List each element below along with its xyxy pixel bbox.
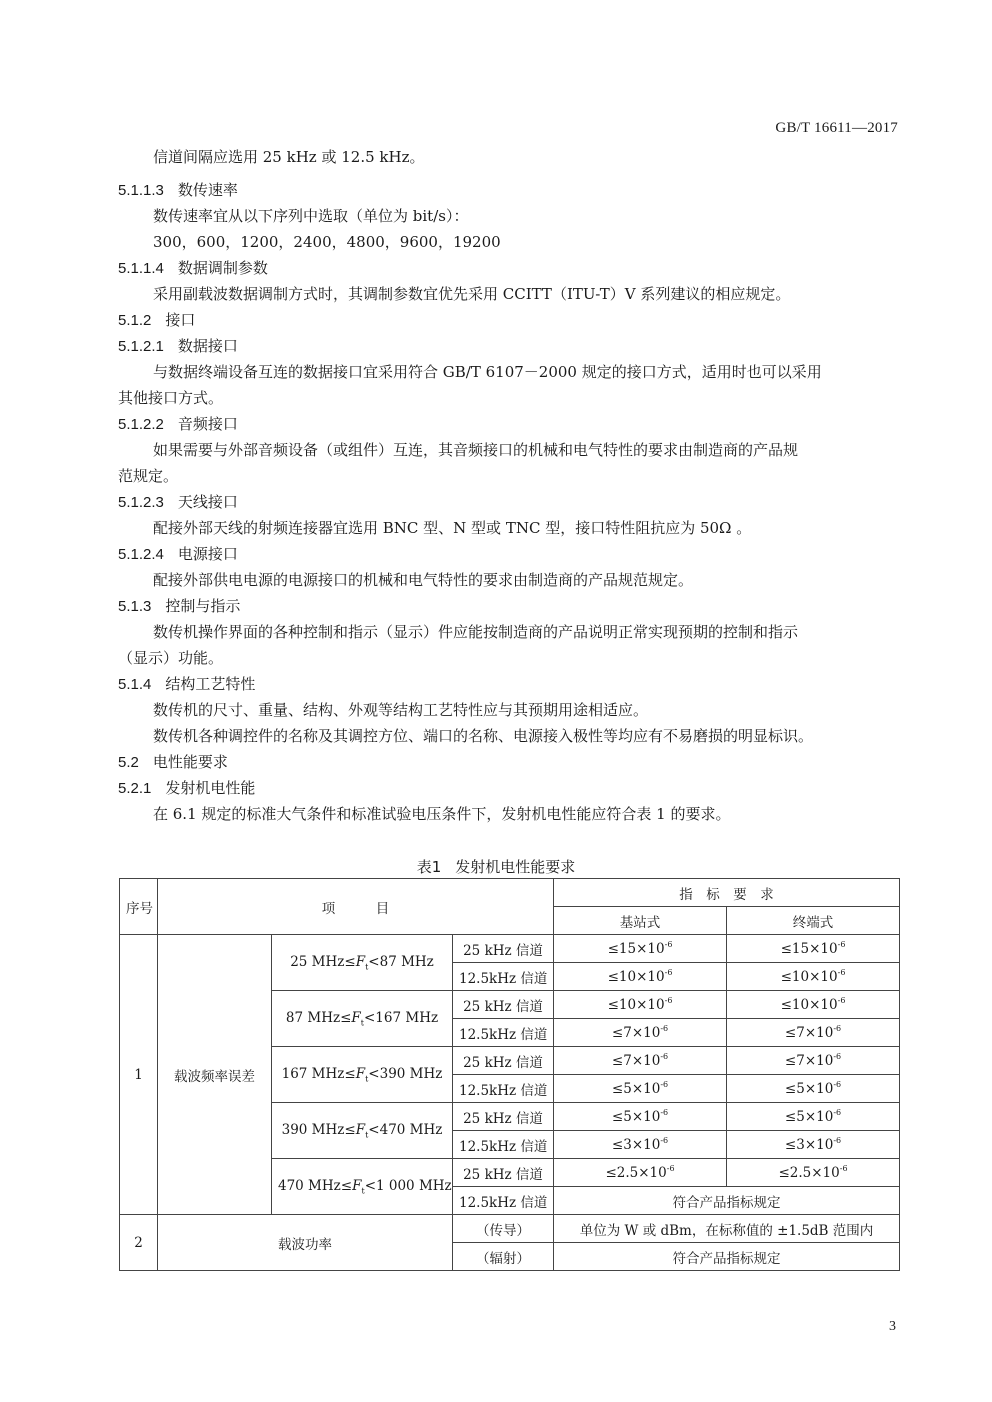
section-heading: 5.1.4结构工艺特性 xyxy=(118,671,255,698)
channel-spacing: 25 kHz 信道 xyxy=(453,1047,554,1075)
measurement-mode: （传导） xyxy=(453,1215,554,1243)
section-number: 5.2 xyxy=(118,750,139,776)
terminal-value: ≤10×10-6 xyxy=(727,991,900,1019)
exponent: -6 xyxy=(665,940,673,949)
paragraph-line: （显示）功能。 xyxy=(118,645,223,671)
requirement-value: ≤7×10 xyxy=(612,1053,660,1069)
section-title: 控制与指示 xyxy=(165,597,240,615)
requirement-merged: 符合产品指标规定 xyxy=(554,1243,900,1271)
paragraph-line: 在 6.1 规定的标准大气条件和标准试验电压条件下，发射机电性能应符合表 1 的… xyxy=(153,801,730,827)
base-station-value: ≤5×10-6 xyxy=(554,1075,727,1103)
exponent: -6 xyxy=(660,1052,668,1061)
header-seq: 序号 xyxy=(120,879,158,935)
channel-spacing: 12.5kHz 信道 xyxy=(453,1131,554,1159)
terminal-value: ≤7×10-6 xyxy=(727,1019,900,1047)
exponent: -6 xyxy=(838,996,846,1005)
channel-spacing: 25 kHz 信道 xyxy=(453,1159,554,1187)
exponent: -6 xyxy=(833,1052,841,1061)
transmitter-performance-table: 序号项 目指 标 要 求基站式终端式1载波频率误差25 MHz≤Ft<87 MH… xyxy=(119,878,900,1271)
exponent: -6 xyxy=(660,1108,668,1117)
section-heading: 5.2电性能要求 xyxy=(118,749,228,776)
section-title: 音频接口 xyxy=(178,415,238,433)
channel-spacing: 25 kHz 信道 xyxy=(453,991,554,1019)
section-number: 5.1.2.2 xyxy=(118,412,164,438)
terminal-value: ≤7×10-6 xyxy=(727,1047,900,1075)
frequency-range: 470 MHz≤Ft<1 000 MHz xyxy=(272,1159,453,1215)
page-number: 3 xyxy=(889,1319,896,1335)
exponent: -6 xyxy=(840,1164,848,1173)
row-item: 载波频率误差 xyxy=(158,935,272,1215)
section-number: 5.1.1.3 xyxy=(118,178,164,204)
requirement-value: ≤7×10 xyxy=(612,1025,660,1041)
terminal-value: ≤3×10-6 xyxy=(727,1131,900,1159)
requirement-value: ≤10×10 xyxy=(608,969,665,985)
exponent: -6 xyxy=(660,1080,668,1089)
requirement-value: ≤10×10 xyxy=(608,997,665,1013)
requirement-value: ≤3×10 xyxy=(785,1137,833,1153)
base-station-value: ≤2.5×10-6 xyxy=(554,1159,727,1187)
channel-spacing: 25 kHz 信道 xyxy=(453,1103,554,1131)
section-heading: 5.1.2.1数据接口 xyxy=(118,333,238,360)
section-heading: 5.1.1.4数据调制参数 xyxy=(118,255,268,282)
section-heading: 5.1.2接口 xyxy=(118,307,195,334)
paragraph-line: 信道间隔应选用 25 kHz 或 12.5 kHz。 xyxy=(153,144,424,170)
channel-spacing: 12.5kHz 信道 xyxy=(453,963,554,991)
frequency-range: 167 MHz≤Ft<390 MHz xyxy=(272,1047,453,1103)
terminal-value: ≤2.5×10-6 xyxy=(727,1159,900,1187)
base-station-value: ≤10×10-6 xyxy=(554,991,727,1019)
base-station-value: ≤7×10-6 xyxy=(554,1047,727,1075)
exponent: -6 xyxy=(660,1136,668,1145)
table-row: 2载波功率（传导）单位为 W 或 dBm，在标称值的 ±1.5dB 范围内 xyxy=(120,1215,900,1243)
frequency-range: 390 MHz≤Ft<470 MHz xyxy=(272,1103,453,1159)
table-caption: 表1发射机电性能要求 xyxy=(0,856,992,877)
channel-spacing: 25 kHz 信道 xyxy=(453,935,554,963)
section-title: 发射机电性能 xyxy=(165,779,255,797)
requirement-value: ≤10×10 xyxy=(781,997,838,1013)
paragraph-line: 数传速率宜从以下序列中选取（单位为 bit/s）： xyxy=(153,203,468,229)
frequency-range: 87 MHz≤Ft<167 MHz xyxy=(272,991,453,1047)
exponent: -6 xyxy=(667,1164,675,1173)
row-item: 载波功率 xyxy=(158,1215,453,1271)
section-title: 天线接口 xyxy=(178,493,238,511)
section-heading: 5.1.2.3天线接口 xyxy=(118,489,238,516)
requirement-value: ≤2.5×10 xyxy=(778,1165,839,1181)
requirement-value: ≤10×10 xyxy=(781,969,838,985)
section-number: 5.1.1.4 xyxy=(118,256,164,282)
standard-id-header: GB/T 16611—2017 xyxy=(775,120,898,137)
exponent: -6 xyxy=(665,968,673,977)
table-row: 1载波频率误差25 MHz≤Ft<87 MHz25 kHz 信道≤15×10-6… xyxy=(120,935,900,963)
frequency-range: 25 MHz≤Ft<87 MHz xyxy=(272,935,453,991)
channel-spacing: 12.5kHz 信道 xyxy=(453,1019,554,1047)
section-number: 5.2.1 xyxy=(118,776,151,802)
section-heading: 5.2.1发射机电性能 xyxy=(118,775,255,802)
exponent: -6 xyxy=(660,1024,668,1033)
requirement-merged: 单位为 W 或 dBm，在标称值的 ±1.5dB 范围内 xyxy=(554,1215,900,1243)
requirement-value: ≤7×10 xyxy=(785,1053,833,1069)
section-number: 5.1.4 xyxy=(118,672,151,698)
paragraph-line: 数传机各种调控件的名称及其调控方位、端口的名称、电源接入极性等均应有不易磨损的明… xyxy=(153,723,813,749)
requirement-value: ≤5×10 xyxy=(612,1081,660,1097)
terminal-value: ≤15×10-6 xyxy=(727,935,900,963)
channel-spacing: 12.5kHz 信道 xyxy=(453,1187,554,1215)
paragraph-line: 数传机操作界面的各种控制和指示（显示）件应能按制造商的产品说明正常实现预期的控制… xyxy=(153,619,798,645)
requirement-value: ≤5×10 xyxy=(612,1109,660,1125)
section-heading: 5.1.3控制与指示 xyxy=(118,593,240,620)
section-title: 数据调制参数 xyxy=(178,259,268,277)
header-terminal: 终端式 xyxy=(727,907,900,935)
terminal-value: ≤10×10-6 xyxy=(727,963,900,991)
row-seq: 1 xyxy=(120,935,158,1215)
section-number: 5.1.2.3 xyxy=(118,490,164,516)
section-heading: 5.1.2.2音频接口 xyxy=(118,411,238,438)
section-title: 数传速率 xyxy=(178,181,238,199)
base-station-value: ≤7×10-6 xyxy=(554,1019,727,1047)
exponent: -6 xyxy=(838,940,846,949)
header-base-station: 基站式 xyxy=(554,907,727,935)
requirement-merged: 符合产品指标规定 xyxy=(554,1187,900,1215)
exponent: -6 xyxy=(833,1080,841,1089)
exponent: -6 xyxy=(833,1108,841,1117)
channel-spacing: 12.5kHz 信道 xyxy=(453,1075,554,1103)
exponent: -6 xyxy=(665,996,673,1005)
table-caption-number: 表1 xyxy=(417,858,442,876)
base-station-value: ≤15×10-6 xyxy=(554,935,727,963)
section-number: 5.1.2.1 xyxy=(118,334,164,360)
table-header-row: 序号项 目指 标 要 求 xyxy=(120,879,900,907)
section-number: 5.1.2 xyxy=(118,308,151,334)
paragraph-line: 采用副载波数据调制方式时，其调制参数宜优先采用 CCITT（ITU-T）V 系列… xyxy=(153,281,790,307)
terminal-value: ≤5×10-6 xyxy=(727,1103,900,1131)
section-number: 5.1.3 xyxy=(118,594,151,620)
section-heading: 5.1.1.3数传速率 xyxy=(118,177,238,204)
section-number: 5.1.2.4 xyxy=(118,542,164,568)
section-heading: 5.1.2.4电源接口 xyxy=(118,541,238,568)
paragraph-line: 其他接口方式。 xyxy=(118,385,223,411)
paragraph-line: 范规定。 xyxy=(118,463,178,489)
requirement-value: ≤15×10 xyxy=(608,941,665,957)
requirement-value: ≤5×10 xyxy=(785,1109,833,1125)
base-station-value: ≤5×10-6 xyxy=(554,1103,727,1131)
requirement-value: ≤5×10 xyxy=(785,1081,833,1097)
paragraph-line: 配接外部供电电源的电源接口的机械和电气特性的要求由制造商的产品规范规定。 xyxy=(153,567,693,593)
base-station-value: ≤3×10-6 xyxy=(554,1131,727,1159)
row-seq: 2 xyxy=(120,1215,158,1271)
header-requirement: 指 标 要 求 xyxy=(554,879,900,907)
paragraph-line: 配接外部天线的射频连接器宜选用 BNC 型、N 型或 TNC 型，接口特性阻抗应… xyxy=(153,515,751,541)
table-caption-title: 发射机电性能要求 xyxy=(455,858,575,876)
paragraph-line: 如果需要与外部音频设备（或组件）互连，其音频接口的机械和电气特性的要求由制造商的… xyxy=(153,437,798,463)
section-title: 电性能要求 xyxy=(153,753,228,771)
measurement-mode: （辐射） xyxy=(453,1243,554,1271)
header-item: 项 目 xyxy=(158,879,554,935)
exponent: -6 xyxy=(833,1024,841,1033)
requirement-value: ≤3×10 xyxy=(612,1137,660,1153)
section-title: 结构工艺特性 xyxy=(165,675,255,693)
paragraph-line: 与数据终端设备互连的数据接口宜采用符合 GB/T 6107－2000 规定的接口… xyxy=(153,359,822,385)
paragraph-line: 数传机的尺寸、重量、结构、外观等结构工艺特性应与其预期用途相适应。 xyxy=(153,697,648,723)
requirement-value: ≤2.5×10 xyxy=(605,1165,666,1181)
section-title: 电源接口 xyxy=(178,545,238,563)
exponent: -6 xyxy=(833,1136,841,1145)
section-title: 接口 xyxy=(165,311,195,329)
requirement-value: ≤7×10 xyxy=(785,1025,833,1041)
section-title: 数据接口 xyxy=(178,337,238,355)
requirement-value: ≤15×10 xyxy=(781,941,838,957)
base-station-value: ≤10×10-6 xyxy=(554,963,727,991)
exponent: -6 xyxy=(838,968,846,977)
terminal-value: ≤5×10-6 xyxy=(727,1075,900,1103)
paragraph-line: 300，600，1200，2400，4800，9600，19200 xyxy=(153,229,501,255)
